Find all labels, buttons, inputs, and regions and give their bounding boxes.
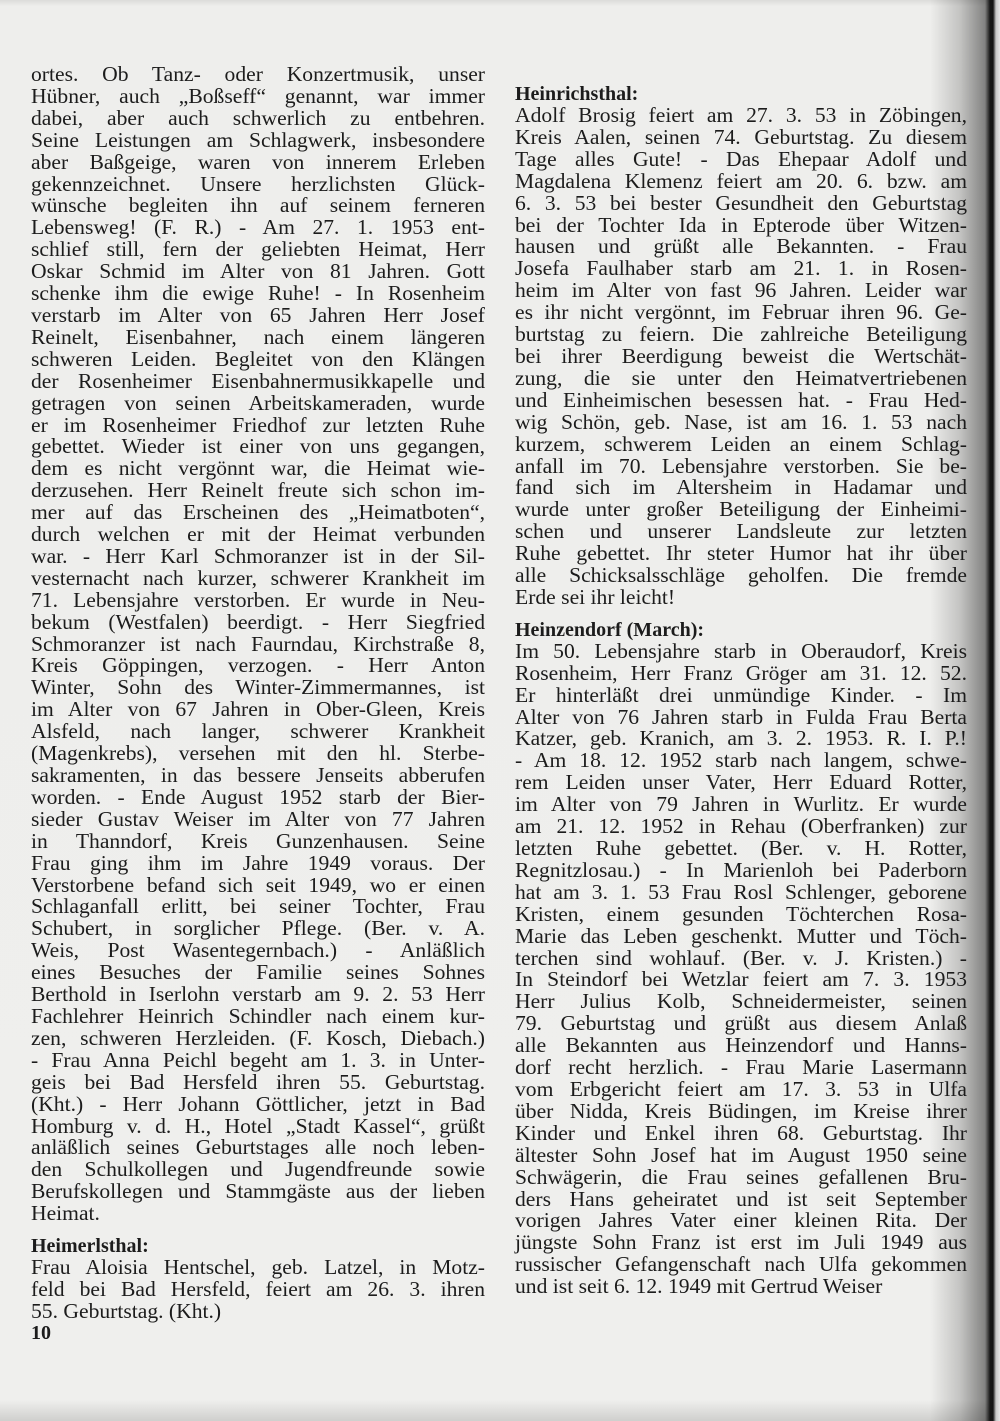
text-line: Alsfeld, nach langer, schwerer Krankheit xyxy=(31,721,485,743)
text-line: derzusehen. Herr Reinelt freute sich sch… xyxy=(31,480,485,502)
text-line: und Einheimischen besessen hat. - Frau H… xyxy=(515,390,967,412)
text-line: schen und unserer Landsleute zur letzten xyxy=(515,521,967,543)
right-column: Heinrichsthal: Adolf Brosig feiert am 27… xyxy=(515,83,967,1298)
text-line: Schlaganfall erlitt, bei seiner Tochter,… xyxy=(31,896,485,918)
text-line: schenke ihm die ewige Ruhe! - In Rosenhe… xyxy=(31,283,485,305)
section-body-heinzendorf: Im 50. Lebensjahre starb in Oberaudorf, … xyxy=(515,641,967,1298)
text-line: gebettet. Wieder ist einer von uns gegan… xyxy=(31,436,485,458)
text-line: Frau ging ihm im Jahre 1949 voraus. Der xyxy=(31,853,485,875)
text-line: Herr Julius Kolb, Schneidermeister, sein… xyxy=(515,991,967,1013)
text-line: 6. 3. 53 bei bester Gesundheit den Gebur… xyxy=(515,193,967,215)
left-column: ortes. Ob Tanz- oder Konzertmusik, unser… xyxy=(31,64,485,1323)
text-line: wünsche begleiten ihn auf seinem fernere… xyxy=(31,195,485,217)
text-line: feld bei Bad Hersfeld, feiert am 26. 3. … xyxy=(31,1279,485,1301)
text-line: sakramenten, in das bessere Jenseits abb… xyxy=(31,765,485,787)
text-line: mer auf das Erscheinen des „Heimatboten“… xyxy=(31,502,485,524)
text-line: vom Erbgericht feiert am 17. 3. 53 in Ul… xyxy=(515,1079,967,1101)
text-line: im Alter von 67 Jahren in Ober-Gleen, Kr… xyxy=(31,699,485,721)
text-line: Kristen, einem gesunden Töchterchen Rosa… xyxy=(515,904,967,926)
text-line: es ihr nicht vergönnt, im Februar ihren … xyxy=(515,302,967,324)
text-line: Magdalena Klemenz feiert am 20. 6. bzw. … xyxy=(515,171,967,193)
text-line: rem Leiden unser Vater, Herr Eduard Rott… xyxy=(515,772,967,794)
text-line: 55. Geburtstag. (Kht.) xyxy=(31,1301,485,1323)
text-line: dabei, aber auch schwerlich zu entbehren… xyxy=(31,108,485,130)
text-line: ders Hans geheiratet und ist seit Septem… xyxy=(515,1189,967,1211)
text-line: schweren Leiden. Begleitet von den Kläng… xyxy=(31,349,485,371)
text-line: Erde sei ihr leicht! xyxy=(515,587,967,609)
scanned-page: ortes. Ob Tanz- oder Konzertmusik, unser… xyxy=(0,0,1000,1421)
text-line: wig Schön, geb. Nase, ist am 16. 1. 53 n… xyxy=(515,412,967,434)
text-line: - Frau Anna Peichl begeht am 1. 3. in Un… xyxy=(31,1050,485,1072)
text-line: - Am 18. 12. 1952 starb nach langem, sch… xyxy=(515,750,967,772)
text-line: Berufskollegen und Stammgäste aus der li… xyxy=(31,1181,485,1203)
text-line: Weis, Post Wasentegernbach.) - Anläßlich xyxy=(31,940,485,962)
text-line: worden. - Ende August 1952 starb der Bie… xyxy=(31,787,485,809)
text-line: Katzer, geb. Kranich, am 3. 2. 1953. R. … xyxy=(515,728,967,750)
text-line: Ruhe gebettet. Ihr steter Humor hat ihr … xyxy=(515,543,967,565)
text-line: ortes. Ob Tanz- oder Konzertmusik, unser xyxy=(31,64,485,86)
text-line: fand sich im Altersheim in Hadamar und xyxy=(515,477,967,499)
text-line: Kreis Göppingen, verzogen. - Herr Anton xyxy=(31,655,485,677)
text-line: Hübner, auch „Boßseff“ genannt, war imme… xyxy=(31,86,485,108)
text-line: Josefa Faulhaber starb am 21. 1. in Rose… xyxy=(515,258,967,280)
text-line: (Magenkrebs), versehen mit den hl. Sterb… xyxy=(31,743,485,765)
text-line: getragen von seinen Arbeitskameraden, wu… xyxy=(31,393,485,415)
text-line: vesternacht nach kurzer, schwerer Krankh… xyxy=(31,568,485,590)
text-line: wurde unter großer Beteiligung der Einhe… xyxy=(515,499,967,521)
text-line: bekum (Westfalen) beerdigt. - Herr Siegf… xyxy=(31,612,485,634)
text-line: Er hinterläßt drei unmündige Kinder. - I… xyxy=(515,685,967,707)
section-heading-heimerlsthal: Heimerlsthal: xyxy=(31,1235,485,1257)
text-line: bei ihrer Beerdigung beweist die Wertsch… xyxy=(515,346,967,368)
text-line: Regnitzlosau.) - In Marienloh bei Paderb… xyxy=(515,860,967,882)
text-line: und ist seit 6. 12. 1949 mit Gertrud Wei… xyxy=(515,1276,967,1298)
page-number: 10 xyxy=(31,1322,51,1345)
text-line: alle Schicksalsschläge geholfen. Die fre… xyxy=(515,565,967,587)
text-line: 79. Geburtstag und grüßt aus diesem Anla… xyxy=(515,1013,967,1035)
text-line: zung, die sie unter den Heimatvertrieben… xyxy=(515,368,967,390)
text-line: dem es nicht vergönnt war, die Heimat wi… xyxy=(31,458,485,480)
text-line: sieder Gustav Weiser im Alter von 77 Jah… xyxy=(31,809,485,831)
text-line: alle Bekannten aus Heinzendorf und Hanns… xyxy=(515,1035,967,1057)
text-line: Seine Leistungen am Schlagwerk, insbeson… xyxy=(31,130,485,152)
text-line: in Thanndorf, Kreis Gunzenhausen. Seine xyxy=(31,831,485,853)
text-line: Schubert, in sorglicher Pflege. (Ber. v.… xyxy=(31,918,485,940)
text-line: Lebensweg! (F. R.) - Am 27. 1. 1953 ent- xyxy=(31,217,485,239)
text-line: Heimat. xyxy=(31,1203,485,1225)
text-line: Rosenheim, Herr Franz Gröger am 31. 12. … xyxy=(515,663,967,685)
text-line: durch welchen er mit der Heimat verbunde… xyxy=(31,524,485,546)
text-line: heim im Alter von fast 96 Jahren. Leider… xyxy=(515,280,967,302)
text-line: eines Besuches der Familie seines Sohnes xyxy=(31,962,485,984)
text-line: Frau Aloisia Hentschel, geb. Latzel, in … xyxy=(31,1257,485,1279)
text-line: hat am 3. 1. 53 Frau Rosl Schlenger, geb… xyxy=(515,882,967,904)
text-line: vorigen Jahres Vater einer kleinen Rita.… xyxy=(515,1210,967,1232)
text-line: Oskar Schmid im Alter von 81 Jahren. Got… xyxy=(31,261,485,283)
text-line: Schwägerin, die Frau seines gefallenen B… xyxy=(515,1167,967,1189)
text-line: Alter von 76 Jahren starb in Fulda Frau … xyxy=(515,707,967,729)
text-line: In Steindorf bei Wetzlar feiert am 7. 3.… xyxy=(515,969,967,991)
text-line: verstarb im Alter von 65 Jahren Herr Jos… xyxy=(31,305,485,327)
text-line: geis bei Bad Hersfeld ihren 55. Geburtst… xyxy=(31,1072,485,1094)
section-gap xyxy=(515,609,967,619)
text-line: Homburg v. d. H., Hotel „Stadt Kassel“, … xyxy=(31,1116,485,1138)
text-line: war. - Herr Karl Schmoranzer ist in der … xyxy=(31,546,485,568)
text-line: burtstag zu feiern. Die zahlreiche Betei… xyxy=(515,324,967,346)
text-line: anfall im 70. Lebensjahre verstorben. Si… xyxy=(515,456,967,478)
text-line: terchen sind wohlauf. (Ber. v. J. Kriste… xyxy=(515,948,967,970)
text-line: 71. Lebensjahre verstorben. Er wurde in … xyxy=(31,590,485,612)
text-line: er im Rosenheimer Friedhof zur letzten R… xyxy=(31,415,485,437)
text-line: Im 50. Lebensjahre starb in Oberaudorf, … xyxy=(515,641,967,663)
text-line: (Kht.) - Herr Johann Göttlicher, jetzt i… xyxy=(31,1094,485,1116)
section-heading-heinrichsthal: Heinrichsthal: xyxy=(515,83,967,105)
text-line: den Schulkollegen und Jugendfreunde sowi… xyxy=(31,1159,485,1181)
text-line: Verstorbene befand sich seit 1949, wo er… xyxy=(31,875,485,897)
text-line: Marie das Leben geschenkt. Mutter und Tö… xyxy=(515,926,967,948)
text-line: zen, schweren Herzleiden. (F. Kosch, Die… xyxy=(31,1028,485,1050)
text-line: Winter, Sohn des Winter-Zimmermannes, is… xyxy=(31,677,485,699)
text-line: Adolf Brosig feiert am 27. 3. 53 in Zöbi… xyxy=(515,105,967,127)
section-heading-heinzendorf: Heinzendorf (March): xyxy=(515,619,967,641)
text-line: über Nidda, Kreis Büdingen, im Kreise ih… xyxy=(515,1101,967,1123)
text-line: im Alter von 79 Jahren in Wurlitz. Er wu… xyxy=(515,794,967,816)
text-line: Tage alles Gute! - Das Ehepaar Adolf und xyxy=(515,149,967,171)
text-line: am 21. 12. 1952 in Rehau (Oberfranken) z… xyxy=(515,816,967,838)
intro-paragraph: ortes. Ob Tanz- oder Konzertmusik, unser… xyxy=(31,64,485,1225)
text-line: russischer Gefangenschaft nach Ulfa geko… xyxy=(515,1254,967,1276)
text-line: dorf recht herzlich. - Frau Marie Laserm… xyxy=(515,1057,967,1079)
text-line: Berthold in Iserlohn verstarb am 9. 2. 5… xyxy=(31,984,485,1006)
text-line: der Rosenheimer Eisenbahnermusikkapelle … xyxy=(31,371,485,393)
text-line: letzten Ruhe gebettet. (Ber. v. H. Rotte… xyxy=(515,838,967,860)
text-line: Kreis Aalen, seinen 74. Geburtstag. Zu d… xyxy=(515,127,967,149)
text-line: jüngste Sohn Franz ist erst im Juli 1949… xyxy=(515,1232,967,1254)
text-line: ältester Sohn Josef hat im August 1950 s… xyxy=(515,1145,967,1167)
section-gap xyxy=(31,1225,485,1235)
text-line: anläßlich seines Geburtstages alle noch … xyxy=(31,1137,485,1159)
text-line: gekennzeichnet. Unsere herzlichsten Glüc… xyxy=(31,174,485,196)
text-line: kurzem, schwerem Leiden an einem Schlag- xyxy=(515,434,967,456)
text-line: Schmoranzer ist nach Faurndau, Kirchstra… xyxy=(31,634,485,656)
text-line: hausen und grüßt alle Bekannten. - Frau xyxy=(515,236,967,258)
text-line: aber Baßgeige, waren von innerem Erleben xyxy=(31,152,485,174)
text-line: Kinder und Enkel ihren 68. Geburtstag. I… xyxy=(515,1123,967,1145)
text-line: Fachlehrer Heinrich Schindler nach einem… xyxy=(31,1006,485,1028)
text-line: schlief still, fern der geliebten Heimat… xyxy=(31,239,485,261)
section-body-heinrichsthal: Adolf Brosig feiert am 27. 3. 53 in Zöbi… xyxy=(515,105,967,609)
text-line: bei der Tochter Ida in Epterode über Wit… xyxy=(515,215,967,237)
text-line: Reinelt, Eisenbahner, nach einem längere… xyxy=(31,327,485,349)
section-body-heimerlsthal: Frau Aloisia Hentschel, geb. Latzel, in … xyxy=(31,1257,485,1323)
